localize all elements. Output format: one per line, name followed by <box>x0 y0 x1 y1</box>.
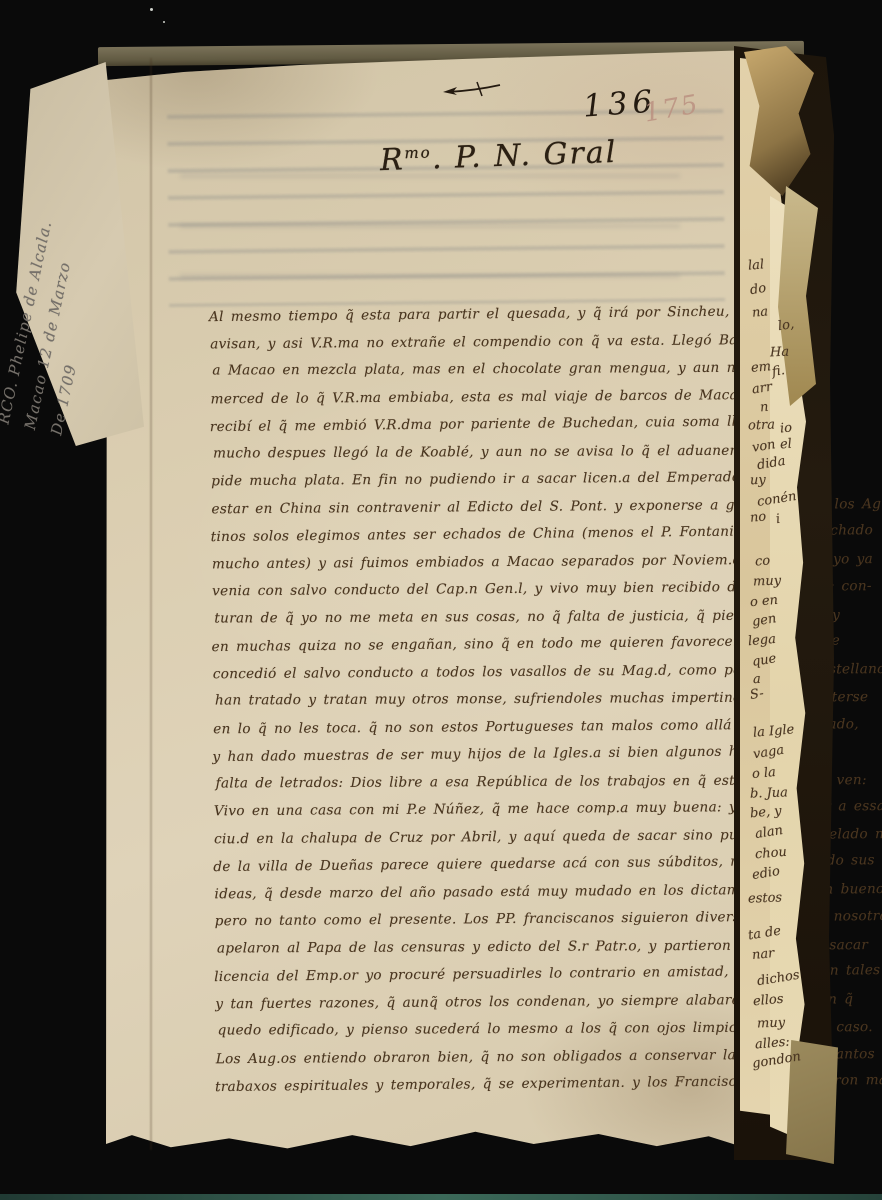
body-line: avisan, y asi V.R.ma no extrañe el compe… <box>210 326 798 358</box>
body-line: mucho despues llegó la de Koablé, y aun … <box>213 437 801 468</box>
body-line: trabaxos espirituales y temporales, q̃ s… <box>215 1068 803 1102</box>
body-line: falta de letrados: Dios libre a esa Repú… <box>216 767 804 798</box>
body-line: y han dado muestras de ser muy hijos de … <box>212 738 800 772</box>
scan-edge-strip <box>0 1194 882 1200</box>
dust-speck <box>163 21 165 23</box>
body-line: pero no tanto como el presente. Los PP. … <box>215 904 803 936</box>
heading-superscript: mo <box>404 143 432 162</box>
letter-body-text: Al mesmo tiempo q̃ esta para partir el q… <box>210 299 804 1101</box>
stacked-page-edges <box>734 46 834 1160</box>
body-line: pide mucha plata. En fin no pudiendo ir … <box>211 464 799 496</box>
ink-arrow-flourish-icon <box>440 79 504 103</box>
heading-rest: . P. N. Gral <box>431 135 618 176</box>
body-line: han tratado y tratan muy otros monse, su… <box>215 684 803 715</box>
body-line: venia con salvo conducto del Cap.n Gen.l… <box>212 574 800 606</box>
body-line: concedió el salvo conducto a todos los v… <box>213 656 801 688</box>
body-line: quedo edificado, y pienso sucederá lo me… <box>218 1014 806 1045</box>
body-line: Vivo en una casa con mi P.e Núñez, q̃ me… <box>214 794 802 826</box>
heading-prefix: R <box>379 142 405 178</box>
dust-speck <box>150 8 153 11</box>
gutter-fold-line <box>150 58 152 1150</box>
body-line: recibí el q̃ me embió V.R.dma por parien… <box>210 408 798 442</box>
body-line: y tan fuertes razones, q̃ aunq̃ otros lo… <box>215 986 803 1018</box>
body-line: a Macao en mezcla plata, mas en el choco… <box>212 354 800 385</box>
